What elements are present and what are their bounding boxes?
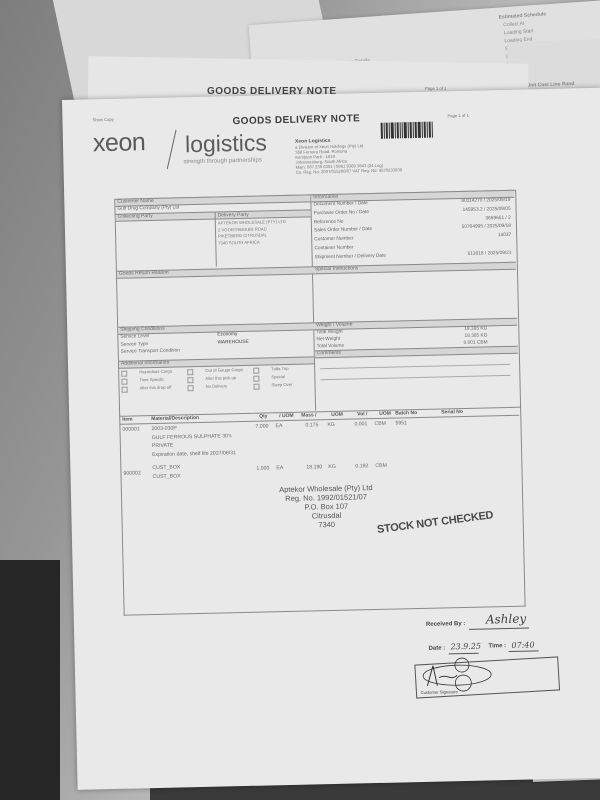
checkbox-label: Out of Gauge Cargo [205,367,243,373]
checkbox-label: Sleep Over [271,382,292,387]
weight-volume-label: Weight / Volume [316,321,352,328]
time-label: Time : [488,643,506,649]
weight-row-value: 0.001 CBM [448,340,488,346]
weight-row-value: 18.365 KG [447,326,487,332]
goods-return-reason-label: Goods Return Reason [119,270,169,277]
company-address-block: Xeon Logistics a Division of Xeon Holdin… [295,136,402,174]
logo-brand-left: xeon [93,128,146,158]
received-by-value[interactable]: Ashley [486,612,527,627]
item-number: 900002 [123,470,140,476]
checkbox[interactable] [121,371,127,377]
checkbox-label: No Delivery [205,383,227,388]
company-line: Co. Reg. No: 2007/015200/07 VAT Reg. No:… [296,167,402,174]
delivery-party-label: Delivery Party [218,212,249,219]
logo-brand-right: logistics [185,129,267,158]
column-header: / UOM [279,413,294,419]
document-title: GOODS DELIVERY NOTE [232,113,360,127]
weight-row-label: Total Weight [316,330,342,336]
item-vol: 0.001 [354,421,367,427]
checkbox-label: Special [271,374,285,379]
column-header: Batch No [395,410,417,416]
column-header: UOM [379,411,391,417]
item-description-line: CUST_BOX [152,473,180,480]
info-row-label: Customer Number [314,237,353,243]
shipping-row-value: WAREHOUSE [217,339,248,345]
date-label: Date : [428,645,445,651]
item-qty: 1.000 [256,465,269,471]
checkbox[interactable] [187,369,193,375]
shipping-conditions-label: Shipping Conditions [120,326,165,333]
received-by-label: Received By : [426,621,465,628]
item-mass-uom: KG [328,464,336,470]
weight-row-value: 18.365 KG [447,333,487,339]
logo-tagline: strength through partnerships [183,157,262,165]
shipping-row-value: Economy [217,332,237,337]
info-row-label: Reference No [314,219,344,225]
column-header: Item [122,416,132,422]
time-line[interactable] [509,650,539,652]
item-mass-uom: KG [327,422,335,428]
back-page-number: Page 1 of 1 [425,86,446,91]
checkbox-label: Time Specific [139,377,164,383]
checkbox-label: Hazardous Cargo [139,369,172,375]
collecting-party-label: Collecting Party [118,213,153,220]
date-value[interactable]: 23.9.25 [450,642,481,652]
column-header: Serial No [441,409,463,415]
item-batch: 5951 [395,420,407,426]
item-mass: 18.190 [306,464,322,470]
desk-shadow-left [0,560,60,800]
item-mass: 0.175 [305,422,318,428]
shipping-row-label: Service Type [121,342,149,348]
column-header: UOM [331,412,343,418]
checkbox[interactable] [188,385,194,391]
delivery-note-sheet: GOODS DELIVERY NOTE Page 1 of 1 Show Cop… [62,88,600,790]
column-header: Material/Description [151,415,199,422]
copy-label: Show Copy [92,117,114,122]
customer-header: Customer Name [117,198,154,205]
checkbox[interactable] [122,387,128,393]
weight-row-label: Net Weight [316,337,340,343]
item-vol-uom: CBM [374,421,386,427]
checkbox[interactable] [253,368,259,374]
checkbox-label: Alter this drop-off [139,385,171,391]
checkbox[interactable] [121,379,127,385]
weight-row-label: Total Volume [317,344,345,350]
received-by-line[interactable] [469,628,529,630]
logo-divider [167,130,177,169]
item-uom: EA [275,423,282,429]
checkbox-label: Tuffa Trip [271,366,289,371]
checkbox[interactable] [187,377,193,383]
delivery-party-address: APTEKOR WHOLESALE (PTY) LTD 2 VOORTREKKE… [218,219,287,247]
customer-signature-label: Customer Signature [420,689,457,695]
item-description-line: 2003-030P [151,425,177,432]
item-description-line: CUST_BOX [152,464,180,471]
page-number: Page 1 of 1 [447,113,469,118]
item-description-line: PRIVATE [152,443,174,449]
column-header: Vol / [357,411,367,417]
special-instructions-label: Special Instructions [315,265,358,272]
checkbox[interactable] [253,384,259,390]
time-value[interactable]: 07:40 [511,640,534,650]
checkbox[interactable] [253,376,259,382]
info-row-label: Container Number [314,245,353,251]
comments-label: Comments [317,350,341,357]
column-header: Mass / [301,412,316,418]
item-number: 000001 [122,426,139,432]
item-vol: 0.192 [355,463,368,469]
shipping-row-label: Service Level [120,334,149,340]
column-header: Qty [259,413,267,419]
item-vol-uom: CBM [375,463,387,469]
item-qty: 7.000 [255,423,268,429]
additional-info-label: Additional Information [121,360,169,367]
checkbox-label: Alter this pick-up [205,375,236,381]
item-uom: EA [276,465,283,471]
information-header: Information [313,194,338,201]
